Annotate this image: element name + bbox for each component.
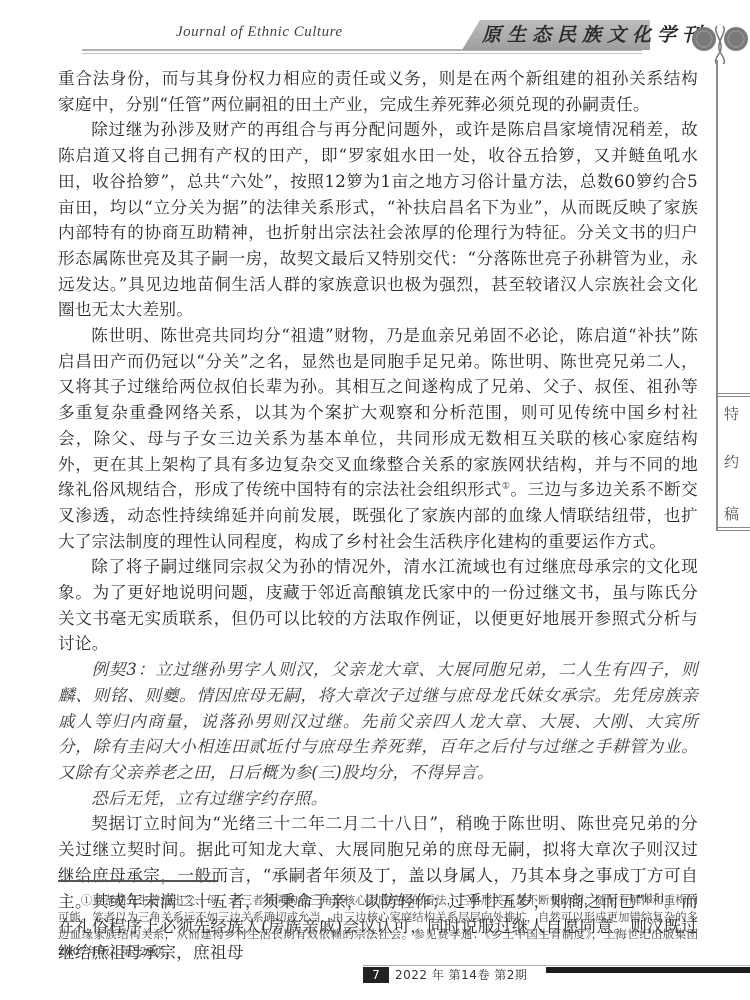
footer-rule xyxy=(363,965,553,966)
page-footer: 7 2022 年 第14卷 第2期 xyxy=(0,966,750,992)
journal-title-english: Journal of Ethnic Culture xyxy=(176,24,343,41)
paragraph: 陈世明、陈世亮共同均分“祖遗”财物，乃是血亲兄弟固不必论，陈启道“补扶”陈启昌田… xyxy=(58,323,698,554)
page-header: Journal of Ethnic Culture 原生态民族文化学刊 xyxy=(0,0,750,62)
page-number: 7 xyxy=(363,967,389,983)
knot-ornament-icon xyxy=(690,22,750,64)
issue-info: 2022 年 第14卷 第2期 xyxy=(395,967,527,983)
journal-title-chinese: 原生态民族文化学刊 xyxy=(482,20,707,50)
tag-char: 约 xyxy=(724,451,739,472)
tag-top-rule xyxy=(716,393,750,397)
contract-quote-closing: 恐后无凭，立有过继字约存照。 xyxy=(58,786,698,812)
tag-bottom-rule xyxy=(716,527,750,531)
paragraph-text: 陈世明、陈世亮共同均分“祖遗”财物，乃是血亲兄弟固不必论，陈启道“补扶”陈启昌田… xyxy=(58,326,698,499)
footnote-separator xyxy=(58,880,218,882)
footnote-text: ①费孝通先生曾提出父、母、子三者共同构成三角形核心家庭结构的看法，三角形关系是不… xyxy=(58,892,698,960)
contract-quote: 例契3：立过继孙男字人则汉，父亲龙大章、大展同胞兄弟，二人生有四子，则麟、则铭、… xyxy=(58,657,698,786)
paragraph: 重合法身份，而与其身份权力相应的责任或义务，则是在两个新组建的祖孙关系结构家庭中… xyxy=(58,66,698,117)
paragraph: 除了将子嗣过继同宗叔父为孙的情况外，清水江流域也有过继庶母承宗的文化现象。为了更… xyxy=(58,554,698,657)
article-body: 重合法身份，而与其身份权力相应的责任或义务，则是在两个新组建的祖孙关系结构家庭中… xyxy=(58,66,698,966)
footer-bar-highlight xyxy=(546,965,750,966)
footnote-marker[interactable]: ① xyxy=(502,482,511,492)
footer-bar xyxy=(546,967,750,973)
footnote: ①费孝通先生曾提出父、母、子三者共同构成三角形核心家庭结构的看法，三角形关系是不… xyxy=(58,892,698,960)
header-rule-thin xyxy=(82,53,642,54)
paragraph: 除过继为孙涉及财产的再组合与再分配问题外，或许是陈启昌家境情况稍差，故陈启道又将… xyxy=(58,117,698,323)
tag-char: 稿 xyxy=(724,503,739,524)
section-tag-special-contribution: 特 约 稿 xyxy=(716,393,750,531)
tag-char: 特 xyxy=(724,403,739,424)
